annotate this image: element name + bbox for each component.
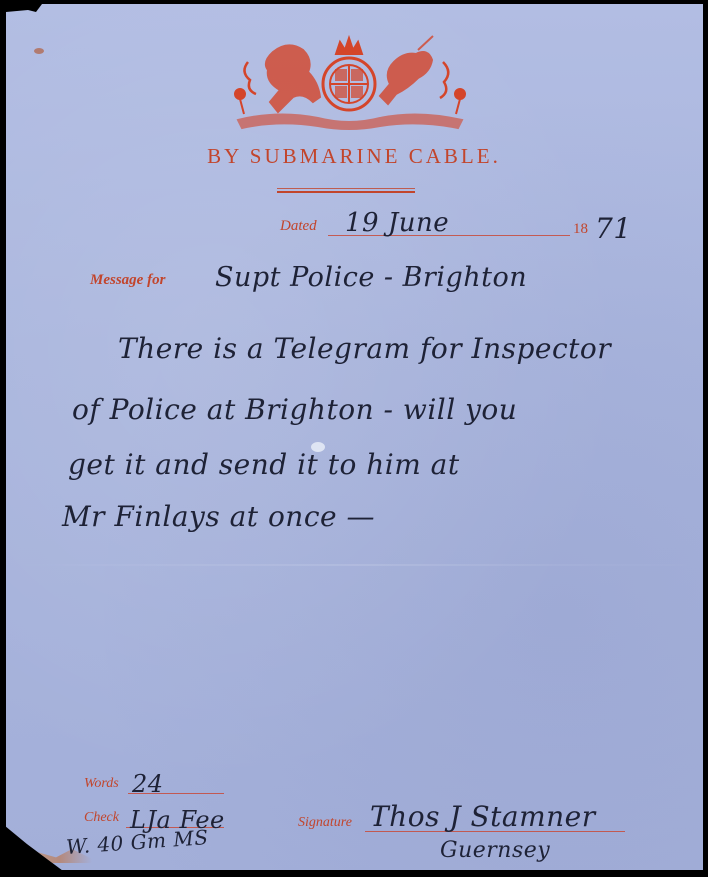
telegram-paper <box>6 4 703 870</box>
dated-day-month: 19 June <box>345 208 449 238</box>
paper-crease <box>6 564 703 566</box>
title-rule-thin <box>277 188 415 189</box>
check-label: Check <box>84 810 119 826</box>
form-title: BY SUBMARINE CABLE. <box>0 144 708 169</box>
message-line-2: of Police at Brighton - will you <box>72 393 517 426</box>
message-for-label: Message for <box>90 272 165 289</box>
words-label: Words <box>84 776 119 792</box>
message-line-1: There is a Telegram for Inspector <box>118 332 611 365</box>
dated-year-suffix: 71 <box>595 212 632 245</box>
message-line-3: get it and send it to him at <box>68 448 460 481</box>
signature-title: Guernsey <box>440 838 550 863</box>
message-line-4: Mr Finlays at once — <box>62 500 375 533</box>
dated-label: Dated <box>280 218 317 235</box>
dated-year-prefix: 18 <box>573 221 588 238</box>
paper-stain <box>34 48 44 54</box>
message-for-value: Supt Police - Brighton <box>215 262 527 293</box>
signature-value: Thos J Stamner <box>370 800 596 833</box>
words-value: 24 <box>132 770 164 798</box>
signature-label: Signature <box>298 815 352 831</box>
royal-crest-icon <box>218 32 480 132</box>
title-rule-thick <box>277 191 415 193</box>
